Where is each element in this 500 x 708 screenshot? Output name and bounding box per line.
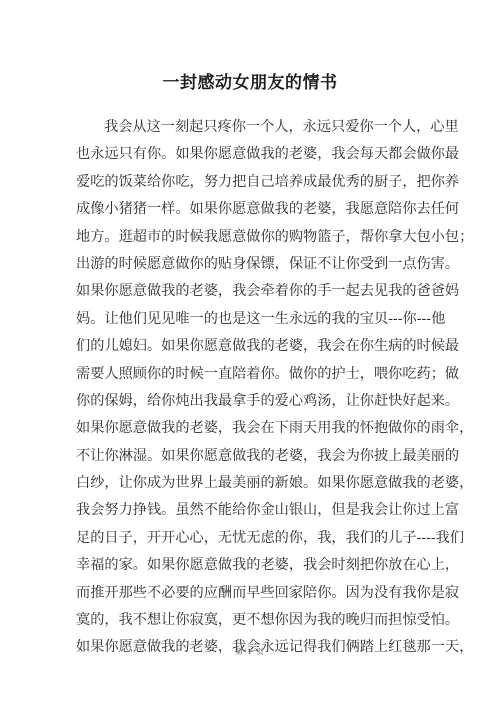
document-page: 一封感动女朋友的情书 我会从这一刻起只疼你一个人，永远只爱你一个人，心里 也永远…: [0, 0, 500, 708]
text-line: 如果你愿意做我的老婆，我会牵着你的手一起去见我的爸爸妈: [76, 278, 418, 305]
text-line: 寞的，我不想让你寂寞，更不想你因为我的晚归而担惊受怕。: [76, 607, 418, 634]
text-line: 幸福的家。如果你愿意做我的老婆，我会时刻把你放在心上，: [76, 552, 418, 579]
text-line: 如果你愿意做我的老婆，我会在下雨天用我的怀抱做你的雨伞，: [76, 415, 418, 442]
text-line: 不让你淋湿。如果你愿意做我的老婆，我会为你披上最美丽的: [76, 443, 418, 470]
letter-body: 我会从这一刻起只疼你一个人，永远只爱你一个人，心里 也永远只有你。如果你愿意做我…: [76, 114, 418, 662]
text-line: 你的保姆，给你炖出我最拿手的爱心鸡汤，让你赶快好起来。: [76, 388, 418, 415]
text-line: 爱吃的饭菜给你吃，努力把自己培养成最优秀的厨子，把你养: [76, 169, 418, 196]
text-line: 地方。逛超市的时候我愿意做你的购物篮子，帮你拿大包小包；: [76, 224, 418, 251]
text-line: 也永远只有你。如果你愿意做我的老婆，我会每天都会做你最: [76, 141, 418, 168]
document-title: 一封感动女朋友的情书: [0, 72, 500, 94]
text-line: 需要人照顾你的时候一直陪着你。做你的护士，喂你吃药；做: [76, 361, 418, 388]
text-line: 们的儿媳妇。如果你愿意做我的老婆，我会在你生病的时候最: [76, 333, 418, 360]
text-line: 成像小猪猪一样。如果你愿意做我的老婆，我愿意陪你去任何: [76, 196, 418, 223]
page-number: 第 1 页: [0, 646, 500, 657]
text-line: 我会努力挣钱。虽然不能给你金山银山，但是我会让你过上富: [76, 497, 418, 524]
text-line: 妈。让他们见见唯一的也是这一生永远的我的宝贝---你---他: [76, 306, 418, 333]
text-line: 而推开那些不必要的应酬而早些回家陪你。因为没有我你是寂: [76, 580, 418, 607]
text-line: 我会从这一刻起只疼你一个人，永远只爱你一个人，心里: [76, 114, 418, 141]
text-line: 足的日子，开开心心，无忧无虑的你，我，我们的儿子----我们: [76, 525, 418, 552]
text-line: 出游的时候愿意做你的贴身保镖，保证不让你受到一点伤害。: [76, 251, 418, 278]
text-line: 白纱，让你成为世界上最美丽的新娘。如果你愿意做我的老婆，: [76, 470, 418, 497]
